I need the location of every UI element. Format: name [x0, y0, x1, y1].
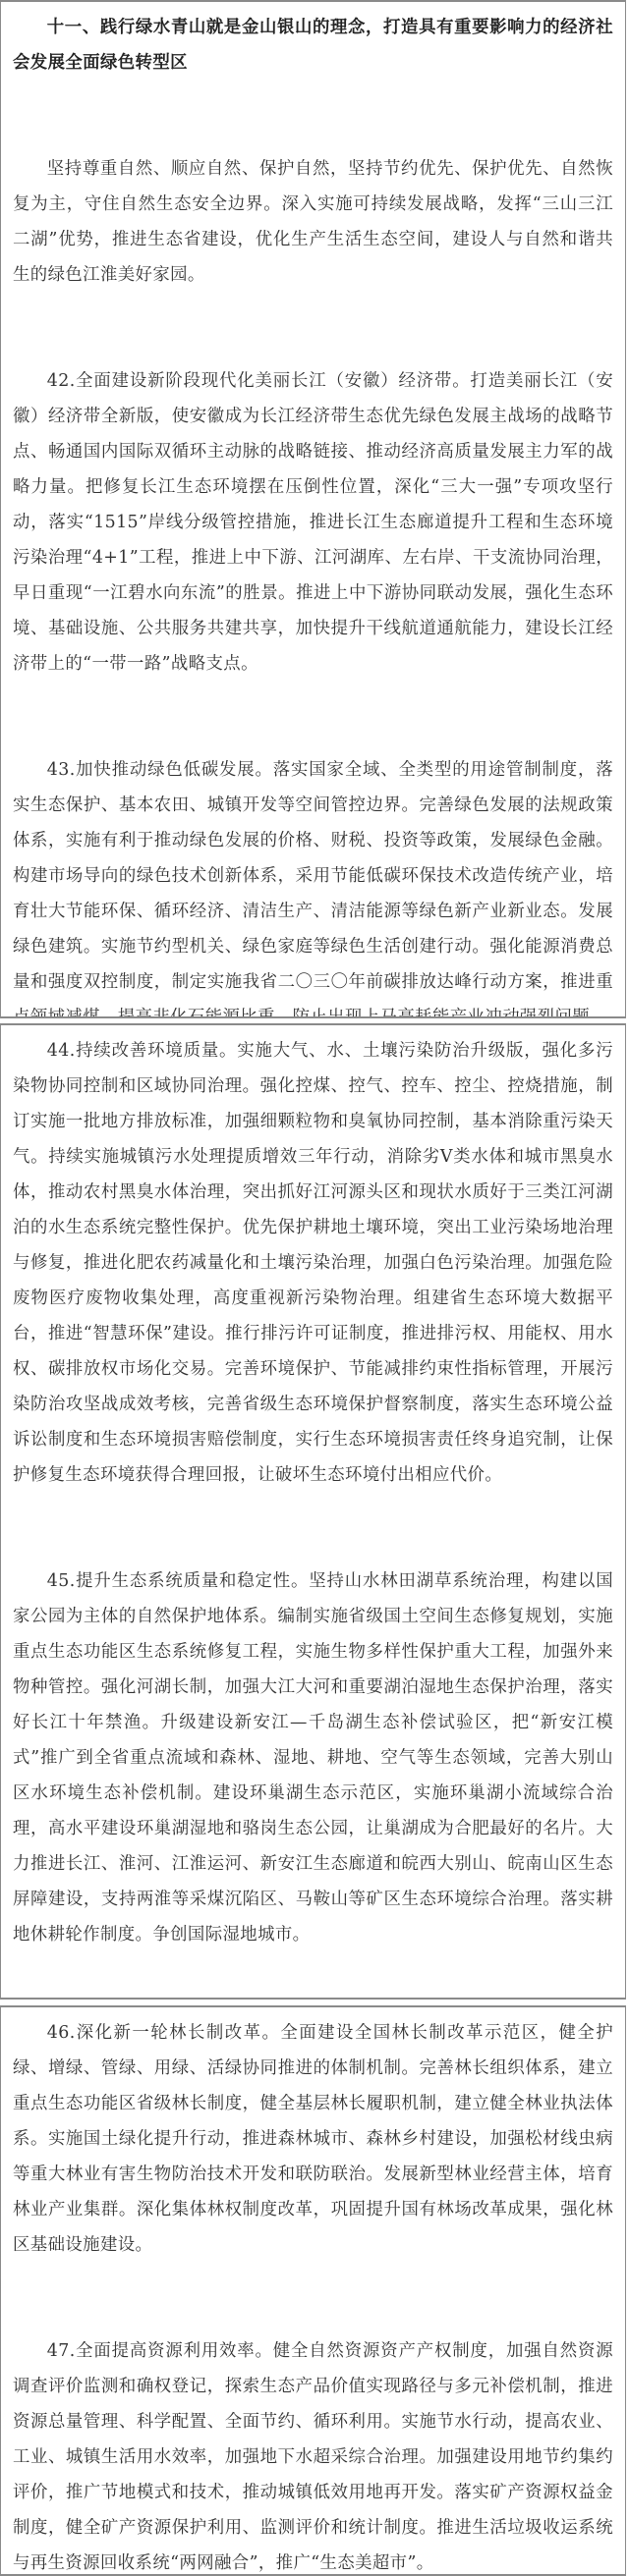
- spacer: [13, 1493, 613, 1563]
- item-45: 45.提升生态系统质量和稳定性。坚持山水林田湖草系统治理，构建以国家公园为主体的…: [13, 1563, 613, 1952]
- item-46: 46.深化新一轮林长制改革。全面建设全国林长制改革示范区，健全护绿、增绿、管绿、…: [13, 2015, 613, 2263]
- spacer: [13, 81, 613, 151]
- spacer: [13, 2263, 613, 2333]
- section-title: 十一、践行绿水青山就是金山银山的理念，打造具有重要影响力的经济社会发展全面绿色转…: [13, 10, 613, 81]
- item-47: 47.全面提高资源利用效率。健全自然资源资产产权制度，加强自然资源调查评价监测和…: [13, 2333, 613, 2576]
- item-43: 43.加快推动绿色低碳发展。落实国家全域、全类型的用途管制制度，落实生态保护、基…: [13, 752, 613, 1018]
- section-intro: 坚持尊重自然、顺应自然、保护自然，坚持节约优先、保护优先、自然恢复为主，守住自然…: [13, 151, 613, 293]
- item-44: 44.持续改善环境质量。实施大气、水、土壤污染防治升级版，强化多污染物协同控制和…: [13, 1033, 613, 1493]
- spacer: [13, 682, 613, 752]
- item-42: 42.全面建设新阶段现代化美丽长江（安徽）经济带。打造美丽长江（安徽）经济带全新…: [13, 363, 613, 682]
- section-box-1: 十一、践行绿水青山就是金山银山的理念，打造具有重要影响力的经济社会发展全面绿色转…: [0, 0, 626, 1018]
- section-box-2: 44.持续改善环境质量。实施大气、水、土壤污染防治升级版，强化多污染物协同控制和…: [0, 1023, 626, 2000]
- spacer: [13, 293, 613, 363]
- section-box-3: 46.深化新一轮林长制改革。全面建设全国林长制改革示范区，健全护绿、增绿、管绿、…: [0, 2005, 626, 2576]
